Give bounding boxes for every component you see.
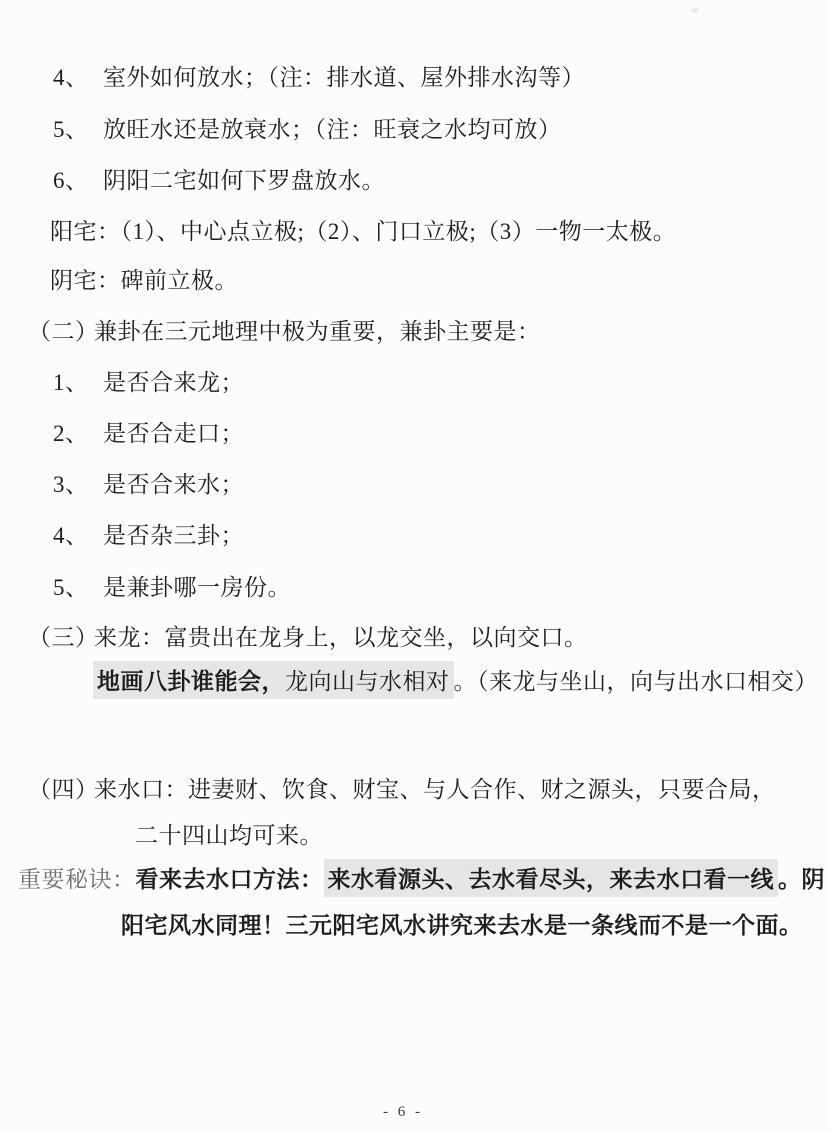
- section-3-marker: （三）: [28, 622, 94, 654]
- list-item-4: 4、室外如何放水；（注：排水道、屋外排水沟等）: [53, 62, 585, 94]
- verse-highlight-bold: 地画八卦谁能会，: [93, 661, 285, 699]
- list-item-6: 6、阴阳二宅如何下罗盘放水。: [53, 165, 385, 197]
- section-4-continuation-text: 二十四山均可来。: [135, 823, 323, 848]
- list-item-6-marker: 6、: [53, 165, 103, 197]
- list-item-5-text: 放旺水还是放衰水；（注：旺衰之水均可放）: [103, 117, 562, 142]
- sub-item-2-marker: 2、: [53, 418, 103, 450]
- verse-highlight-regular: 龙向山与水相对: [285, 661, 454, 699]
- sub-item-4-text: 是否杂三卦；: [103, 523, 244, 548]
- yinzhai-text: 阴宅：碑前立极。: [50, 268, 238, 293]
- yangzhai-text: 阳宅：（1）、中心点立极;（2）、门口立极;（3）一物一太极。: [50, 219, 676, 244]
- section-3-text: 来龙：富贵出在龙身上，以龙交坐，以向交口。: [94, 625, 588, 650]
- section-heading-2: （二）兼卦在三元地理中极为重要，兼卦主要是：: [28, 316, 541, 348]
- sub-item-1-text: 是否合来龙；: [103, 370, 244, 395]
- section-4-continuation: 二十四山均可来。: [135, 820, 323, 852]
- sub-item-3-text: 是否合来水；: [103, 472, 244, 497]
- section-2-marker: （二）: [28, 316, 94, 348]
- verse-line: 地画八卦谁能会，龙向山与水相对。（来龙与坐山，向与出水口相交）: [93, 666, 818, 698]
- secret-tip-highlight: 来水看源头、去水看尽头，来去水口看一线: [324, 859, 779, 897]
- sub-item-1: 1、是否合来龙；: [53, 367, 244, 399]
- section-heading-4: （四）来水口：进妻财、饮食、财宝、与人合作、财之源头，只要合局，: [28, 774, 776, 806]
- secret-tip-lead: 看来去水口方法：: [136, 867, 324, 892]
- secret-tip-label: 重要秘诀：: [18, 867, 136, 892]
- sub-item-3: 3、是否合来水；: [53, 469, 244, 501]
- list-item-4-text: 室外如何放水；（注：排水道、屋外排水沟等）: [103, 65, 585, 90]
- sub-item-4: 4、是否杂三卦；: [53, 520, 244, 552]
- sub-item-3-marker: 3、: [53, 469, 103, 501]
- list-item-4-marker: 4、: [53, 62, 103, 94]
- page-number: - 6 -: [363, 1104, 443, 1121]
- yinzhai-paragraph: 阴宅：碑前立极。: [50, 265, 238, 297]
- sub-item-5-text: 是兼卦哪一房份。: [103, 575, 291, 600]
- sub-item-2-text: 是否合走口；: [103, 421, 244, 446]
- secret-tip-tail: 。阴: [778, 867, 825, 892]
- section-4-text: 来水口：进妻财、饮食、财宝、与人合作、财之源头，只要合局，: [94, 777, 776, 802]
- section-heading-3: （三）来龙：富贵出在龙身上，以龙交坐，以向交口。: [28, 622, 588, 654]
- sub-item-4-marker: 4、: [53, 520, 103, 552]
- list-item-5: 5、放旺水还是放衰水；（注：旺衰之水均可放）: [53, 114, 562, 146]
- sub-item-5-marker: 5、: [53, 572, 103, 604]
- list-item-6-text: 阴阳二宅如何下罗盘放水。: [103, 168, 385, 193]
- sub-item-1-marker: 1、: [53, 367, 103, 399]
- section-4-marker: （四）: [28, 774, 94, 806]
- verse-rest: 。（来龙与坐山，向与出水口相交）: [454, 669, 819, 694]
- sub-item-5: 5、是兼卦哪一房份。: [53, 572, 291, 604]
- scan-smudge: [691, 8, 699, 13]
- sub-item-2: 2、是否合走口；: [53, 418, 244, 450]
- list-item-5-marker: 5、: [53, 114, 103, 146]
- yangzhai-paragraph: 阳宅：（1）、中心点立极;（2）、门口立极;（3）一物一太极。: [50, 216, 676, 248]
- section-2-text: 兼卦在三元地理中极为重要，兼卦主要是：: [94, 319, 541, 344]
- secret-tip-line: 重要秘诀：看来去水口方法：来水看源头、去水看尽头，来去水口看一线。阴: [18, 864, 825, 896]
- secret-tip-continuation: 阳宅风水同理！三元阳宅风水讲究来去水是一条线而不是一个面。: [121, 910, 803, 942]
- secret-tip-continuation-text: 阳宅风水同理！三元阳宅风水讲究来去水是一条线而不是一个面。: [121, 913, 803, 938]
- document-page: 4、室外如何放水；（注：排水道、屋外排水沟等） 5、放旺水还是放衰水；（注：旺衰…: [0, 0, 829, 1131]
